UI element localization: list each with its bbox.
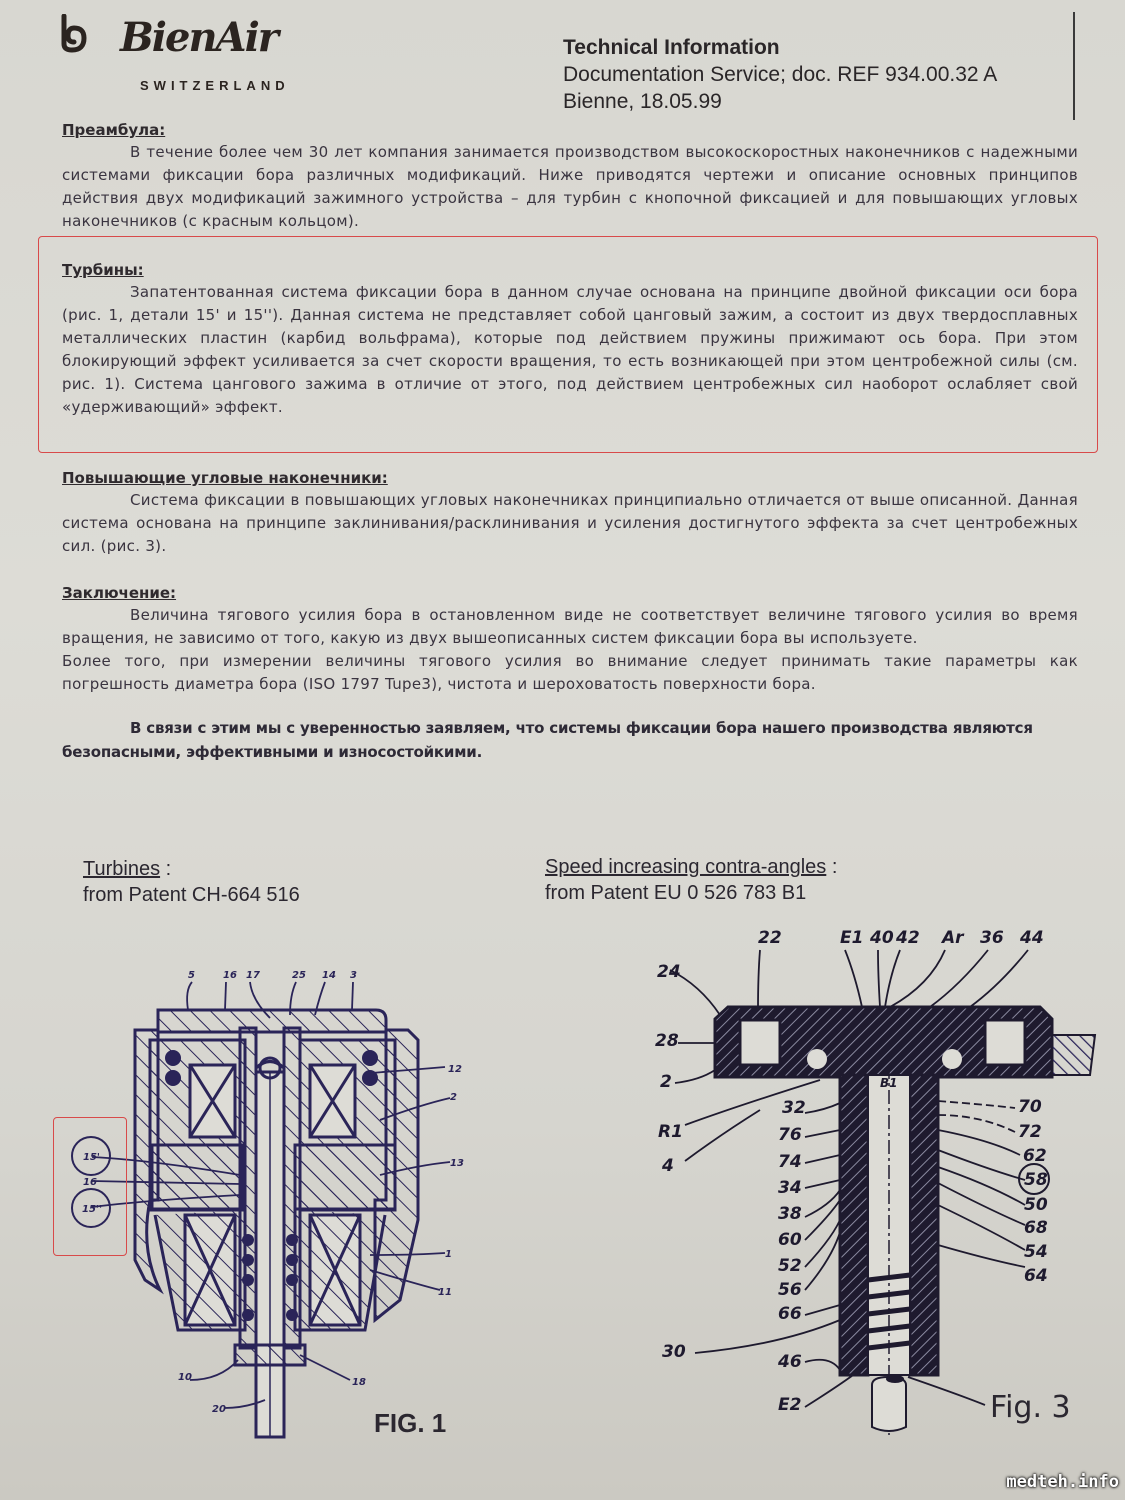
brand-name: BienAir (120, 14, 277, 61)
fig3-caption-patent: from Patent EU 0 526 783 B1 (545, 882, 806, 904)
document-title: Technical Information (563, 34, 997, 61)
svg-text:32: 32 (782, 1098, 806, 1118)
document-reference: Documentation Service; doc. REF 934.00.3… (563, 61, 997, 88)
svg-text:14: 14 (322, 970, 336, 981)
svg-text:36: 36 (980, 928, 1004, 948)
bien-air-mark-icon (58, 14, 92, 54)
svg-text:24: 24 (657, 962, 681, 982)
svg-text:E1: E1 (840, 928, 863, 948)
heading-conclusion: Заключение: (62, 582, 1078, 604)
svg-text:12: 12 (448, 1064, 462, 1075)
svg-text:50: 50 (1024, 1195, 1048, 1215)
svg-text:60: 60 (778, 1230, 802, 1250)
section-turbines: Турбины: Запатентованная система фиксаци… (62, 259, 1078, 419)
svg-text:66: 66 (778, 1304, 802, 1324)
svg-text:10: 10 (178, 1372, 192, 1383)
fig3-label: Fig. 3 (990, 1390, 1071, 1425)
svg-text:42: 42 (895, 928, 920, 948)
svg-text:2: 2 (660, 1072, 672, 1092)
svg-text:3: 3 (350, 970, 357, 981)
svg-text:5: 5 (188, 970, 195, 981)
section-conclusion: Заключение: Величина тягового усилия бор… (62, 582, 1078, 764)
svg-text:20: 20 (212, 1404, 226, 1415)
svg-text:16: 16 (223, 970, 237, 981)
text-preamble: В течение более чем 30 лет компания зани… (62, 141, 1078, 233)
svg-text:11: 11 (438, 1287, 452, 1298)
svg-text:40: 40 (869, 928, 894, 948)
brand-country: SWITZERLAND (140, 78, 290, 93)
section-preamble: Преамбула: В течение более чем 30 лет ко… (62, 119, 1078, 233)
svg-text:70: 70 (1018, 1097, 1042, 1117)
svg-text:34: 34 (778, 1178, 802, 1198)
svg-text:72: 72 (1018, 1122, 1042, 1142)
svg-text:58: 58 (1024, 1170, 1048, 1190)
watermark: medteh.info (1006, 1472, 1119, 1492)
text-turbines: Запатентованная система фиксации бора в … (62, 281, 1078, 419)
svg-text:4: 4 (661, 1156, 674, 1176)
svg-text:56: 56 (778, 1280, 802, 1300)
svg-text:74: 74 (778, 1152, 802, 1172)
svg-text:22: 22 (758, 928, 782, 948)
margin-line (1073, 12, 1075, 120)
svg-text:28: 28 (655, 1031, 679, 1051)
svg-text:38: 38 (778, 1204, 802, 1224)
fig1-caption-title: Turbines (83, 858, 160, 880)
svg-text:1: 1 (445, 1249, 452, 1260)
svg-text:18: 18 (352, 1377, 366, 1388)
svg-text:25: 25 (292, 970, 306, 981)
highlight-box-callouts (53, 1117, 127, 1256)
svg-text:52: 52 (778, 1256, 802, 1276)
svg-text:E2: E2 (778, 1395, 801, 1415)
text-conclusion-2: Более того, при измерении величины тягов… (62, 650, 1078, 696)
document-header-info: Technical Information Documentation Serv… (563, 34, 997, 115)
svg-text:Ar: Ar (940, 928, 965, 948)
svg-text:76: 76 (778, 1125, 802, 1145)
document-page: BienAir SWITZERLAND Technical Informatio… (0, 0, 1125, 1500)
heading-preamble: Преамбула: (62, 119, 1078, 141)
fig1-caption: Turbines : from Patent CH-664 516 (83, 856, 300, 908)
svg-text:64: 64 (1024, 1266, 1048, 1286)
svg-text:54: 54 (1024, 1242, 1048, 1262)
text-conclusion-statement: В связи с этим мы с уверенностью заявляе… (62, 716, 1078, 764)
fig1-caption-patent: from Patent CH-664 516 (83, 884, 300, 906)
svg-text:62: 62 (1023, 1146, 1047, 1166)
fig3-caption-title: Speed increasing contra-angles (545, 856, 826, 878)
text-conclusion-1: Величина тягового усилия бора в остановл… (62, 604, 1078, 650)
fig3-caption: Speed increasing contra-angles : from Pa… (545, 854, 837, 906)
svg-text:30: 30 (662, 1342, 686, 1362)
svg-text:17: 17 (246, 970, 260, 981)
svg-text:44: 44 (1019, 928, 1044, 948)
svg-text:R1: R1 (658, 1122, 683, 1142)
heading-turbines: Турбины: (62, 259, 1078, 281)
svg-text:46: 46 (777, 1352, 802, 1372)
fig3-contra-angle-drawing: 22 E1 40 42 Ar 36 44 24 28 2 R1 4 32 76 … (640, 915, 1100, 1435)
document-place-date: Bienne, 18.05.99 (563, 88, 997, 115)
svg-text:B1: B1 (880, 1076, 898, 1090)
svg-text:13: 13 (450, 1158, 464, 1169)
svg-text:2: 2 (450, 1092, 457, 1103)
heading-contra-angles: Повышающие угловые наконечники: (62, 467, 1078, 489)
section-contra-angles: Повышающие угловые наконечники: Система … (62, 467, 1078, 558)
text-contra-angles: Система фиксации в повышающих угловых на… (62, 489, 1078, 558)
fig1-label: FIG. 1 (374, 1408, 446, 1439)
svg-text:68: 68 (1024, 1218, 1048, 1238)
